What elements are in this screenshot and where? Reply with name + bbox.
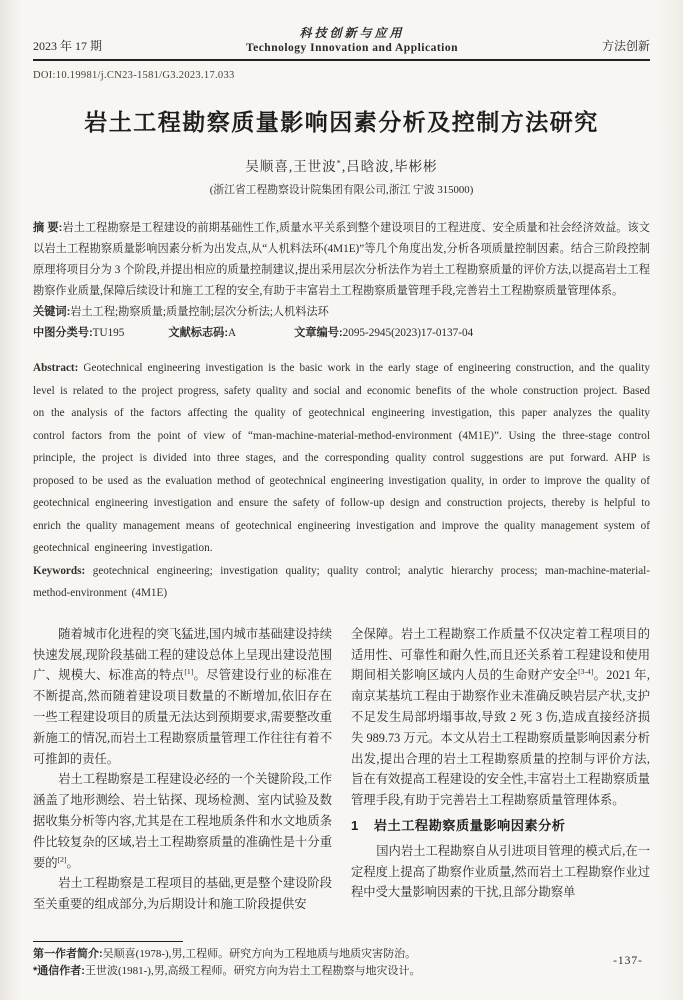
page-header: 2023 年 17 期 科技创新与应用 Technology Innovatio…: [33, 26, 650, 61]
journal-masthead: 科技创新与应用 Technology Innovation and Applic…: [102, 26, 602, 55]
abstract-cn-text: 岩土工程勘察是工程建设的前期基础性工作,质量水平关系到整个建设项目的工程进度、安…: [33, 222, 650, 297]
first-author-bio-text: 吴顺喜(1978-),男,工程师。研究方向为工程地质与地质灾害防治。: [103, 948, 417, 960]
abstract-cn: 摘 要:岩土工程勘察是工程建设的前期基础性工作,质量水平关系到整个建设项目的工程…: [33, 218, 650, 302]
section-1-number: 1: [351, 816, 359, 837]
clc-label: 中图分类号:: [33, 327, 93, 339]
abstract-en-text: Geotechnical engineering investigation i…: [33, 362, 650, 554]
clc-value: TU195: [93, 327, 125, 339]
article-id: 文章编号:2095-2945(2023)17-0137-04: [294, 323, 473, 344]
body-paragraph: 国内岩土工程勘察自从引进项目管理的模式后,在一定程度上提高了勘察作业质量,然而岩…: [351, 841, 650, 903]
body-paragraph: 岩土工程勘察是工程项目的基础,更是整个建设阶段至关重要的组成部分,为后期设计和施…: [33, 873, 332, 915]
keywords-cn-label: 关键词:: [33, 306, 70, 318]
corresponding-author-bio-text: 王世波(1981-),男,高级工程师。研究方向为岩土工程勘察与地灾设计。: [85, 965, 421, 977]
journal-name-en: Technology Innovation and Application: [102, 41, 602, 55]
document-code: 文献标志码:A: [168, 323, 236, 344]
section-1-heading: 1 岩土工程勘察质量影响因素分析: [351, 816, 650, 837]
authors-line: 吴顺喜,王世波*,吕晗波,毕彬彬: [33, 155, 650, 175]
keywords-en-text: geotechnical engineering; investigation …: [33, 565, 650, 600]
affiliation-line: (浙江省工程勘察设计院集团有限公司,浙江 宁波 315000): [33, 182, 650, 197]
body-columns: 随着城市化进程的突飞猛进,国内城市基础建设持续快速发展,现阶段基础工程的建设总体…: [33, 624, 650, 932]
document-code-value: A: [228, 327, 236, 339]
article-id-value: 2095-2945(2023)17-0137-04: [343, 327, 474, 339]
journal-name-cn: 科技创新与应用: [102, 26, 602, 41]
first-author-bio-label: 第一作者简介:: [33, 948, 103, 960]
article-title: 岩土工程勘察质量影响因素分析及控制方法研究: [33, 104, 650, 137]
first-author-bio: 第一作者简介:吴顺喜(1978-),男,工程师。研究方向为工程地质与地质灾害防治…: [33, 946, 650, 964]
document-code-label: 文献标志码:: [168, 327, 228, 339]
authors-part2: ,吕晗波,毕彬彬: [342, 159, 438, 174]
abstract-en-label: Abstract:: [33, 362, 83, 374]
body-column-left: 随着城市化进程的突飞猛进,国内城市基础建设持续快速发展,现阶段基础工程的建设总体…: [33, 624, 332, 932]
abstract-cn-label: 摘 要:: [33, 222, 62, 234]
column-tag: 方法创新: [602, 37, 650, 55]
clc-number: 中图分类号:TU195: [33, 323, 124, 344]
body-paragraph: 岩土工程勘察是工程建设必经的一个关键阶段,工作涵盖了地形测绘、岩土钻探、现场检测…: [33, 769, 332, 873]
section-1-title: 岩土工程勘察质量影响因素分析: [374, 816, 566, 837]
abstract-en: Abstract: Geotechnical engineering inves…: [33, 357, 650, 560]
page-number: -137-: [613, 955, 643, 967]
classification-row: 中图分类号:TU195 文献标志码:A 文章编号:2095-2945(2023)…: [33, 323, 650, 344]
keywords-en: Keywords: geotechnical engineering; inve…: [33, 560, 650, 605]
body-paragraph-continuation: 全保障。岩土工程勘察工作质量不仅决定着工程项目的适用性、可靠性和耐久性,而且还关…: [351, 624, 650, 811]
article-id-label: 文章编号:: [294, 327, 342, 339]
footnote-divider: [33, 941, 183, 942]
body-column-right: 全保障。岩土工程勘察工作质量不仅决定着工程项目的适用性、可靠性和耐久性,而且还关…: [351, 624, 650, 932]
corresponding-author-bio: *通信作者:王世波(1981-),男,高级工程师。研究方向为岩土工程勘察与地灾设…: [33, 963, 650, 981]
body-paragraph: 随着城市化进程的突飞猛进,国内城市基础建设持续快速发展,现阶段基础工程的建设总体…: [33, 624, 332, 770]
doi-line: DOI:10.19981/j.CN23-1581/G3.2023.17.033: [33, 70, 650, 81]
keywords-cn: 关键词:岩土工程;勘察质量;质量控制;层次分析法;人机料法环: [33, 302, 650, 323]
issue-label: 2023 年 17 期: [33, 37, 102, 55]
authors-part1: 吴顺喜,王世波: [245, 159, 336, 174]
keywords-en-label: Keywords:: [33, 565, 93, 577]
footnote-block: 第一作者简介:吴顺喜(1978-),男,工程师。研究方向为工程地质与地质灾害防治…: [33, 941, 650, 981]
keywords-cn-text: 岩土工程;勘察质量;质量控制;层次分析法;人机料法环: [70, 306, 329, 318]
journal-page: 2023 年 17 期 科技创新与应用 Technology Innovatio…: [0, 0, 683, 1000]
corresponding-author-bio-label: *通信作者:: [33, 965, 85, 977]
